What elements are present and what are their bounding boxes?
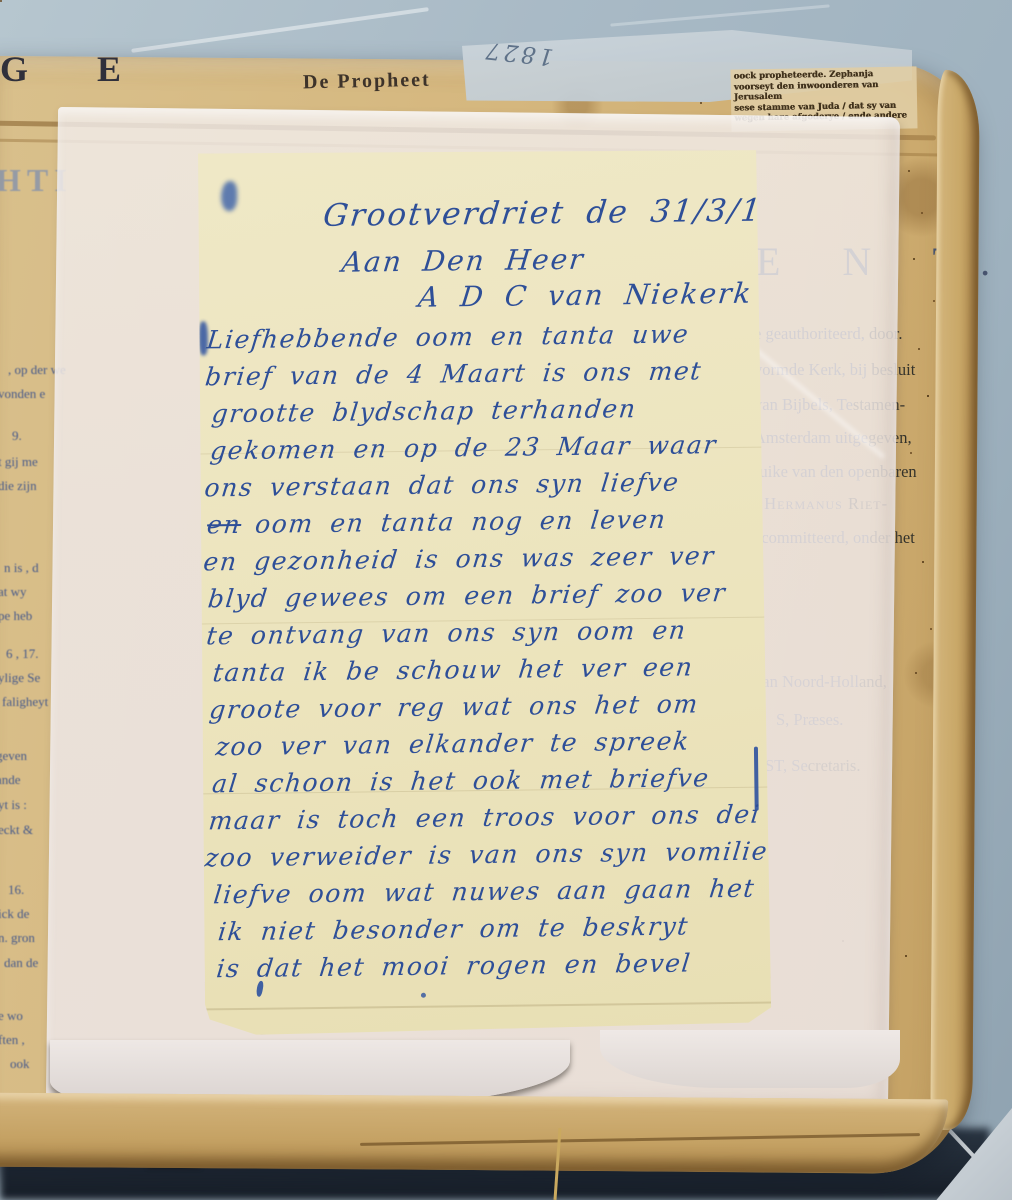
faded-text-fragment: 16. (8, 882, 24, 898)
ink-dot (421, 993, 426, 998)
letter-line: blyd gewees om een brief zoo ver (206, 578, 727, 613)
letter-place-date: Grootverdriet de 31/3/1893 (321, 192, 829, 234)
letter-line: brief van de 4 Maart is ons met (204, 356, 704, 391)
faded-text-fragment: geven (0, 748, 27, 764)
deckled-page-edge (930, 70, 979, 1130)
letter-line: maar is toch een troos voor ons dei (207, 800, 762, 836)
faded-text-fragment: eckt & (0, 822, 33, 838)
struck-word: en (206, 510, 243, 539)
faded-text-fragment: t gij me (0, 454, 38, 470)
letter-line: zoo verweider is van ons syn vomilie (204, 837, 770, 873)
letter-line: ons verstaan dat ons syn liefve (203, 468, 681, 503)
ink-blot (221, 181, 237, 211)
tissue-bottom-curl (600, 1030, 900, 1088)
faded-text-fragment: die zijn (0, 478, 37, 494)
letter-line: en gezonheid is ons was zeer ver (202, 541, 716, 576)
faded-text-fragment: 6 , 17. (6, 646, 39, 662)
letter-line-text: oom en tanta nog en leven (254, 505, 668, 539)
letter-line: grootte blydschap terhanden (210, 394, 638, 428)
faded-text-fragment: n is , d (4, 560, 39, 576)
letter-line: enoom en tanta nog en leven (206, 505, 669, 540)
faded-text-fragment: ften , (0, 1032, 25, 1048)
faded-text-fragment: faligheyt (2, 694, 48, 710)
table-streak (610, 4, 829, 26)
faded-text-fragment: ande (0, 772, 21, 788)
faded-text-fragment: dan de (4, 955, 38, 971)
letter-line: ik niet besonder om te beskryt (217, 911, 691, 946)
faded-text-fragment: ylige Se (0, 670, 40, 686)
faded-text-fragment: pe heb (0, 608, 32, 624)
faded-text-fragment: vonden e (0, 386, 45, 402)
letter-line: tanta ik be schouw het ver een (211, 652, 695, 687)
blackletter-line: oock propheteerde. Zephanja voorseyt den… (734, 68, 915, 103)
faded-text-fragment: 9. (12, 428, 22, 444)
faded-text-fragment: yt is : (0, 797, 27, 813)
letter-line: Liefhebbende oom en tanta uwe (205, 319, 691, 354)
letter-salutation: Aan Den Heer (340, 243, 586, 279)
letter-line: te ontvang van ons syn oom en (205, 615, 688, 650)
faded-text-fragment: ook (10, 1056, 30, 1072)
foxing-specks (0, 0, 2, 2)
page-running-head: De Propheet (303, 69, 431, 95)
faded-text-fragment: n. gron (0, 930, 35, 946)
ink-mark (255, 980, 264, 997)
handwritten-letter: Grootverdriet de 31/3/1893 Aan Den Heer … (195, 147, 772, 1036)
photo-of-open-book: 1827 oock propheteerde. Zephanja voorsey… (0, 0, 1012, 1200)
book-bottom-edge (0, 1093, 948, 1174)
letter-addressee: A D C van Niekerk (417, 277, 755, 314)
letter-line: zoo ver van elkander te spreek (214, 726, 691, 761)
letter-line: groote voor reg wat ons het om (208, 689, 701, 724)
letter-line: liefve oom wat nuwes aan gaan het (212, 874, 757, 910)
letter-line: is dat het mooi rogen en bevel (215, 948, 693, 983)
faded-text-fragment: e wo (0, 1008, 23, 1024)
table-streak (131, 7, 429, 53)
letter-line: al schoon is het ook met briefve (211, 763, 712, 798)
letter-line: gekomen en op de 23 Maar waar (209, 430, 719, 465)
left-page-title-letters: G E (0, 48, 151, 90)
faded-text-fragment: ick de (0, 906, 29, 922)
faded-text-fragment: at wy (0, 584, 27, 600)
